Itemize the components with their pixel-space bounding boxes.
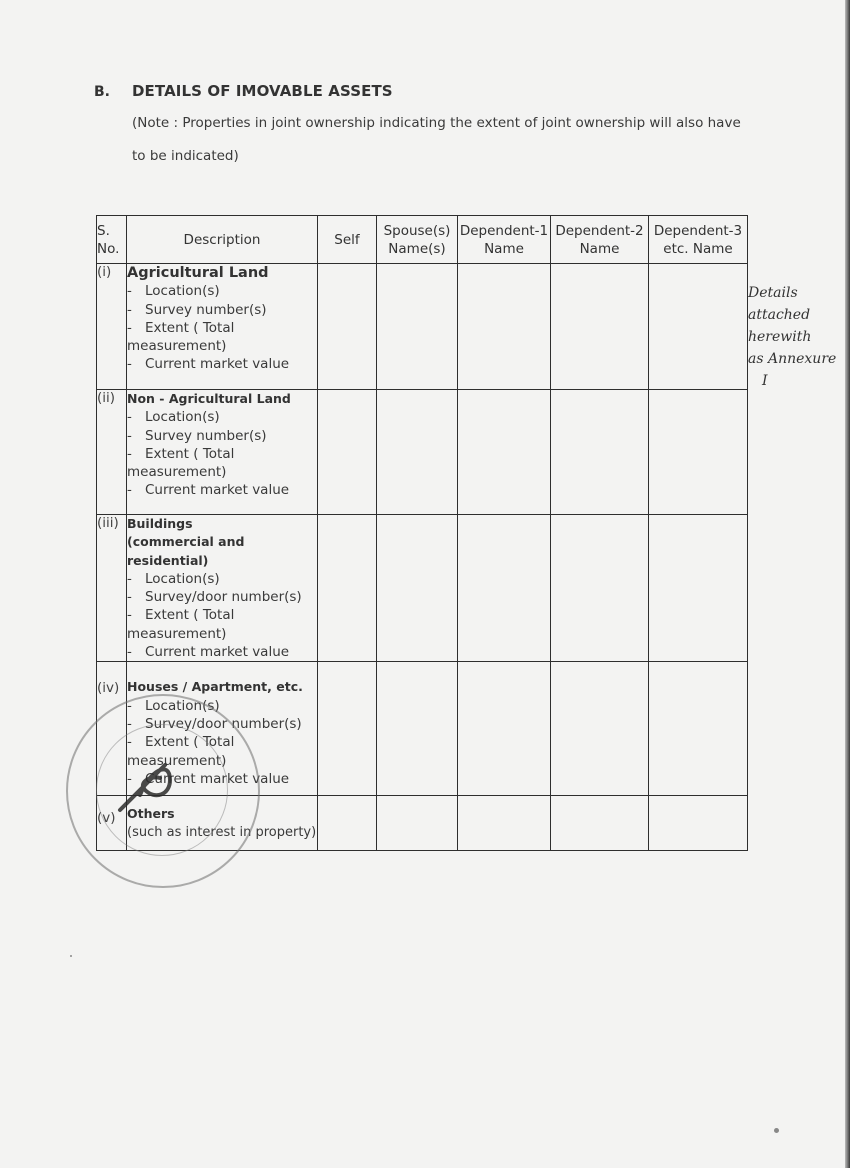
row-sno: (iii) [97,515,127,662]
desc-item-continuation: measurement) [127,463,317,481]
section-note: (Note : Properties in joint ownership in… [132,107,752,173]
row-sno: (ii) [97,390,127,515]
cell-self[interactable] [318,515,377,662]
cell-dependent-1[interactable] [458,264,551,390]
header-sno: S. No. [97,216,127,264]
cell-dependent-3[interactable] [649,662,748,796]
cell-spouse[interactable] [377,796,458,851]
row-description: Houses / Apartment, etc. -Location(s) -S… [127,662,318,796]
cell-dependent-3[interactable] [649,264,748,390]
desc-item-continuation: measurement) [127,337,317,355]
row-subtitle: (such as interest in property) [127,824,317,842]
cell-spouse[interactable] [377,390,458,515]
cell-dependent-2[interactable] [551,796,649,851]
handnote-line: attached [748,304,848,326]
desc-item: -Extent ( Total [127,606,317,624]
cell-self[interactable] [318,662,377,796]
header-spouse: Spouse(s) Name(s) [377,216,458,264]
scan-speck [774,1128,779,1133]
header-self: Self [318,216,377,264]
row-sno: (v) [97,796,127,851]
row-description: Non - Agricultural Land -Location(s) -Su… [127,390,318,515]
desc-item: -Location(s) [127,697,317,715]
section-letter: B. [94,84,110,100]
cell-self[interactable] [318,264,377,390]
desc-item: -Survey/door number(s) [127,588,317,606]
cell-dependent-1[interactable] [458,515,551,662]
cell-dependent-2[interactable] [551,662,649,796]
row-sno: (i) [97,264,127,390]
desc-item: -Location(s) [127,570,317,588]
cell-dependent-2[interactable] [551,264,649,390]
handwritten-annotation: Details attached herewith as Annexure I [748,282,848,392]
header-dependent-1: Dependent-1 Name [458,216,551,264]
desc-item: -Current market value [127,770,317,788]
row-title: Agricultural Land [127,264,317,282]
cell-dependent-1[interactable] [458,390,551,515]
desc-item: -Location(s) [127,282,317,300]
row-sno: (iv) [97,662,127,796]
cell-dependent-3[interactable] [649,515,748,662]
table-row: (iii) Buildings (commercial and resident… [97,515,748,662]
handnote-line: as Annexure [748,348,848,370]
desc-item: -Current market value [127,481,317,499]
cell-spouse[interactable] [377,515,458,662]
row-title: Others [127,805,317,823]
cell-self[interactable] [318,390,377,515]
desc-item: -Survey/door number(s) [127,715,317,733]
cell-spouse[interactable] [377,264,458,390]
table-row: (v) Others (such as interest in property… [97,796,748,851]
desc-item: -Current market value [127,643,317,661]
immovable-assets-table: S. No. Description Self Spouse(s) Name(s… [96,215,748,851]
row-description: Agricultural Land -Location(s) -Survey n… [127,264,318,390]
cell-dependent-3[interactable] [649,796,748,851]
handnote-line: I [748,370,848,392]
desc-item: -Extent ( Total [127,733,317,751]
desc-item: -Extent ( Total [127,319,317,337]
desc-item: -Survey number(s) [127,301,317,319]
cell-self[interactable] [318,796,377,851]
table-row: (i) Agricultural Land -Location(s) -Surv… [97,264,748,390]
row-title: Buildings (commercial and residential) [127,515,277,570]
desc-item: -Location(s) [127,408,317,426]
handnote-line: herewith [748,326,848,348]
handnote-line: Details [748,282,848,304]
desc-item-continuation: measurement) [127,625,317,643]
cell-dependent-1[interactable] [458,662,551,796]
cell-dependent-2[interactable] [551,515,649,662]
header-dependent-2: Dependent-2 Name [551,216,649,264]
cell-spouse[interactable] [377,662,458,796]
desc-item: -Extent ( Total [127,445,317,463]
section-title: DETAILS OF IMOVABLE ASSETS [132,82,393,100]
desc-item: -Current market value [127,355,317,373]
row-description: Buildings (commercial and residential) -… [127,515,318,662]
desc-item: -Survey number(s) [127,427,317,445]
desc-item-continuation: measurement) [127,752,317,770]
row-description: Others (such as interest in property) [127,796,318,851]
cell-dependent-1[interactable] [458,796,551,851]
header-dependent-3: Dependent-3 etc. Name [649,216,748,264]
table-row: (ii) Non - Agricultural Land -Location(s… [97,390,748,515]
page-edge [845,0,850,1168]
row-title: Non - Agricultural Land [127,390,317,408]
row-title: Houses / Apartment, etc. [127,678,317,696]
header-row: S. No. Description Self Spouse(s) Name(s… [97,216,748,264]
cell-dependent-3[interactable] [649,390,748,515]
table-row: (iv) Houses / Apartment, etc. -Location(… [97,662,748,796]
scan-speck [70,955,72,957]
header-description: Description [127,216,318,264]
cell-dependent-2[interactable] [551,390,649,515]
